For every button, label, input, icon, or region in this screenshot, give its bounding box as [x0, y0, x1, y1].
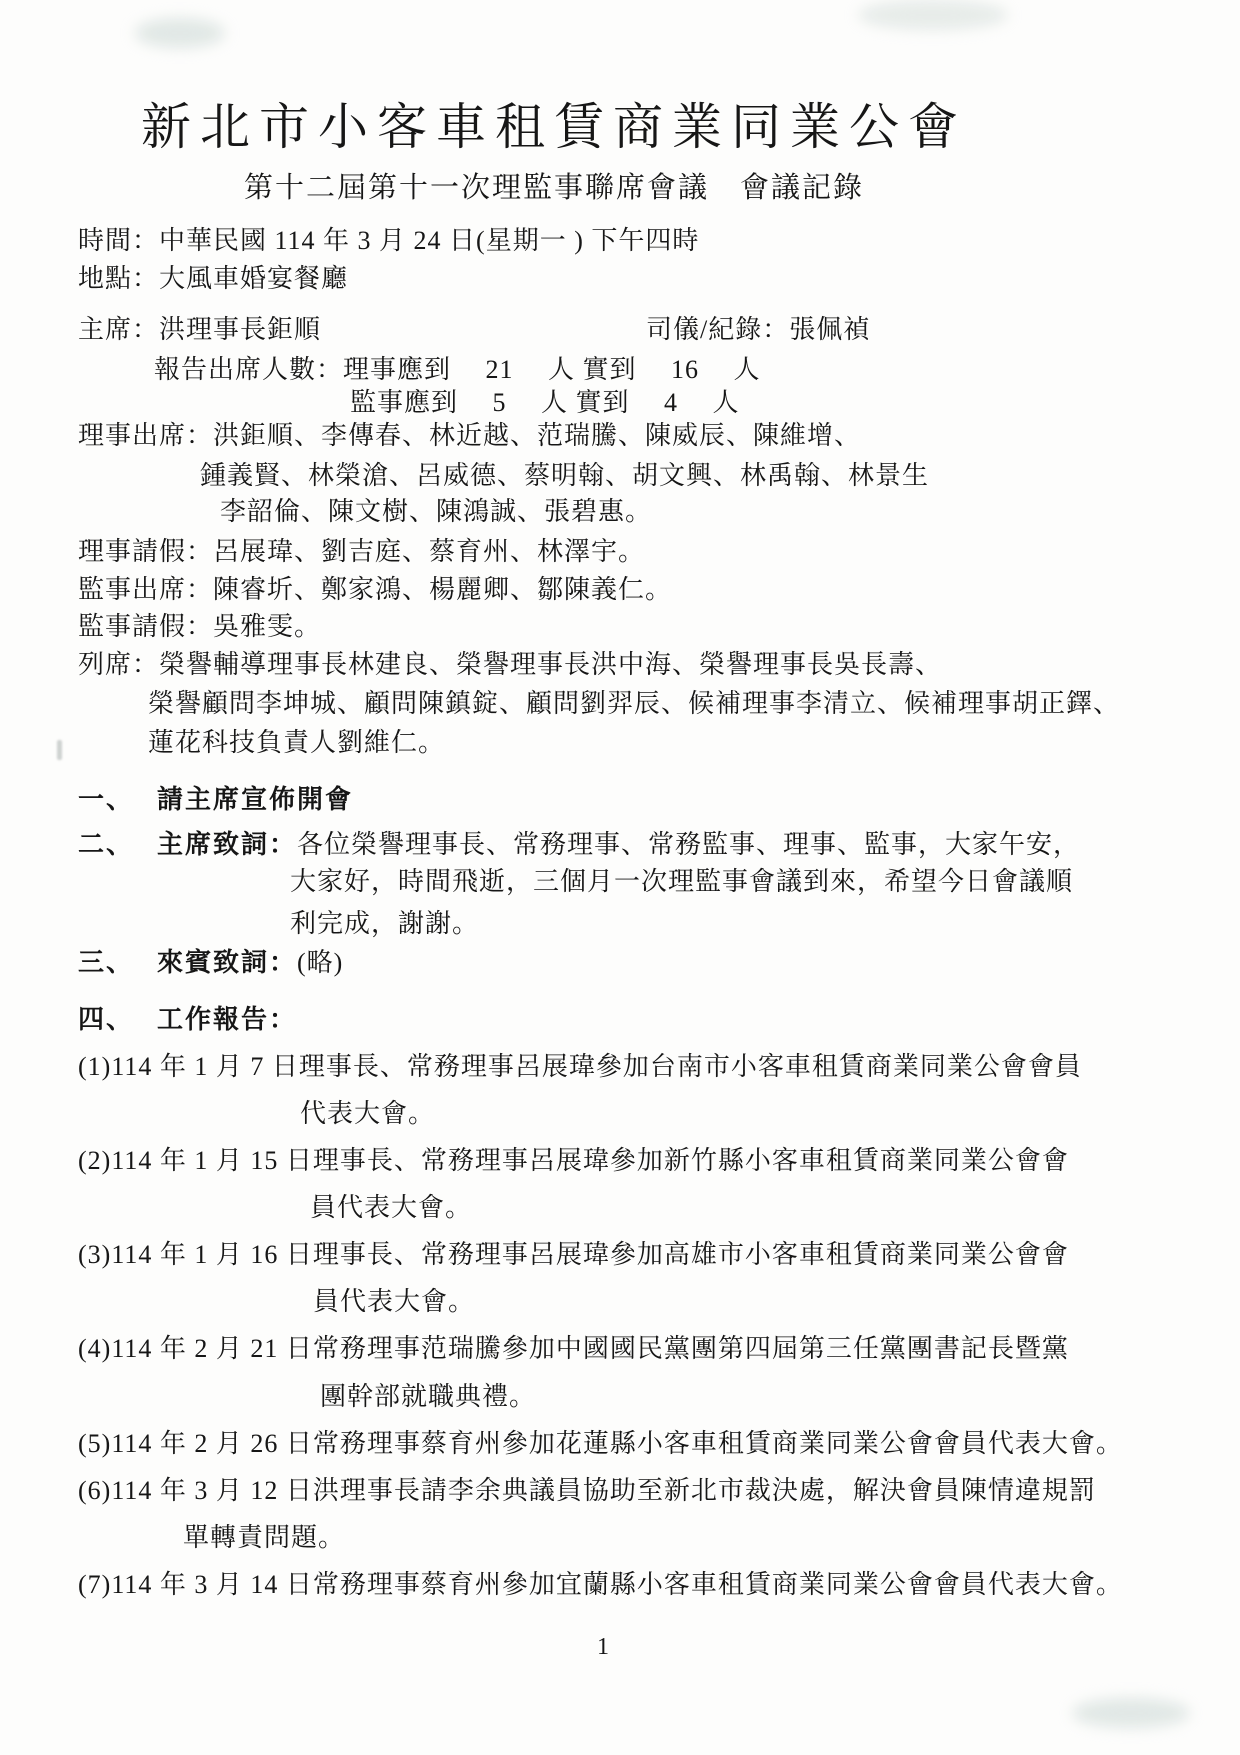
- document-subtitle: 第十二屆第十一次理監事聯席會議 會議記錄: [78, 172, 1030, 204]
- meeting-time-line: 時間：中華民國 114 年 3 月 24 日(星期一 ) 下午四時: [78, 226, 699, 256]
- meeting-place-line: 地點：大風車婚宴餐廳: [78, 264, 348, 294]
- agenda-item-3-number: 三、: [78, 948, 157, 978]
- meeting-chair: 主席：洪理事長鉅順: [78, 315, 321, 344]
- agenda-item-1-number: 一、: [78, 785, 157, 815]
- document-title: 新北市小客車租賃商業同業公會: [78, 100, 1030, 154]
- directors-present-line-3: 李韶倫、陳文樹、陳鴻誠、張碧惠。: [220, 497, 652, 527]
- agenda-item-2-label: 主席致詞：: [157, 830, 297, 859]
- supervisors-present-line: 監事出席：陳睿圻、鄭家鴻、楊麗卿、鄒陳義仁。: [78, 575, 672, 605]
- work-report-6-line-1: (6)114 年 3 月 12 日洪理事長請李余典議員協助至新北市裁決處，解決會…: [78, 1476, 1096, 1506]
- observers-line-2: 榮譽顧問李坤城、顧問陳鎮錠、顧問劉羿辰、候補理事李清立、候補理事胡正鐸、: [148, 689, 1120, 719]
- work-report-4-line-1: (4)114 年 2 月 21 日常務理事范瑞騰參加中國國民黨團第四屆第三任黨團…: [78, 1334, 1069, 1364]
- work-report-1-line-2: 代表大會。: [300, 1099, 435, 1129]
- directors-present-line-2: 鍾義賢、林榮滄、呂威德、蔡明翰、胡文興、林禹翰、林景生: [200, 461, 929, 491]
- work-report-3-line-1: (3)114 年 1 月 16 日理事長、常務理事呂展瑋參加高雄市小客車租賃商業…: [78, 1240, 1069, 1270]
- supervisors-excused-line: 監事請假：吳雅雯。: [78, 612, 321, 642]
- agenda-item-4-label: 工作報告：: [157, 1005, 297, 1034]
- agenda-item-3-label: 來賓致詞：: [157, 948, 297, 977]
- agenda-item-4: 四、工作報告：: [78, 1005, 297, 1035]
- work-report-2-line-1: (2)114 年 1 月 15 日理事長、常務理事呂展瑋參加新竹縣小客車租賃商業…: [78, 1146, 1069, 1176]
- attendance-supervisors-line: 監事應到 5 人 實到 4 人: [350, 388, 740, 418]
- directors-excused-line: 理事請假：呂展瑋、劉吉庭、蔡育州、林澤宇。: [78, 537, 645, 567]
- agenda-item-3: 三、來賓致詞：(略): [78, 948, 343, 978]
- chair-speech-line-2: 大家好，時間飛逝，三個月一次理監事會議到來，希望今日會議順: [290, 867, 1073, 897]
- work-report-1-line-1: (1)114 年 1 月 7 日理事長、常務理事呂展瑋參加台南市小客車租賃商業同…: [78, 1052, 1082, 1082]
- work-report-4-line-2: 團幹部就職典禮。: [320, 1382, 536, 1412]
- agenda-item-2: 二、主席致詞：各位榮譽理事長、常務理事、常務監事、理事、監事，大家午安，: [78, 830, 1080, 860]
- work-report-6-line-2: 單轉責問題。: [183, 1523, 345, 1553]
- scan-smudge-bottom-right: [1072, 1698, 1190, 1728]
- agenda-item-1-title: 請主席宣佈開會: [157, 785, 353, 814]
- work-report-2-line-2: 員代表大會。: [310, 1193, 472, 1223]
- scan-smudge-top-left: [135, 18, 225, 48]
- chair-and-recorder-line: 主席：洪理事長鉅順 司儀/紀錄：張佩禎: [78, 315, 1030, 345]
- agenda-item-4-number: 四、: [78, 1005, 157, 1035]
- meeting-recorder: 司儀/紀錄：張佩禎: [646, 315, 870, 345]
- agenda-item-2-number: 二、: [78, 830, 157, 860]
- scan-smudge-top-right: [858, 0, 1008, 30]
- scanned-document-page: 新北市小客車租賃商業同業公會 第十二屆第十一次理監事聯席會議 會議記錄 時間：中…: [0, 0, 1240, 1755]
- work-report-7-line-1: (7)114 年 3 月 14 日常務理事蔡育州參加宜蘭縣小客車租賃商業同業公會…: [78, 1570, 1123, 1600]
- directors-present-line-1: 理事出席：洪鉅順、李傳春、林近越、范瑞騰、陳威辰、陳維增、: [78, 421, 861, 451]
- chair-speech-line-3: 利完成，謝謝。: [290, 909, 479, 939]
- chair-speech-line-1: 各位榮譽理事長、常務理事、常務監事、理事、監事，大家午安，: [297, 830, 1080, 859]
- attendance-directors-line: 報告出席人數：理事應到 21 人 實到 16 人: [154, 355, 761, 385]
- guest-speech-note: (略): [297, 948, 343, 977]
- work-report-3-line-2: 員代表大會。: [313, 1287, 475, 1317]
- agenda-item-1: 一、請主席宣佈開會: [78, 785, 353, 815]
- observers-line-1: 列席：榮譽輔導理事長林建良、榮譽理事長洪中海、榮譽理事長吳長壽、: [78, 650, 942, 680]
- observers-line-3: 蓮花科技負責人劉維仁。: [148, 728, 445, 758]
- page-number: 1: [597, 1632, 609, 1662]
- work-report-5-line-1: (5)114 年 2 月 26 日常務理事蔡育州參加花蓮縣小客車租賃商業同業公會…: [78, 1429, 1123, 1459]
- scan-artifact-left-edge: [57, 740, 62, 760]
